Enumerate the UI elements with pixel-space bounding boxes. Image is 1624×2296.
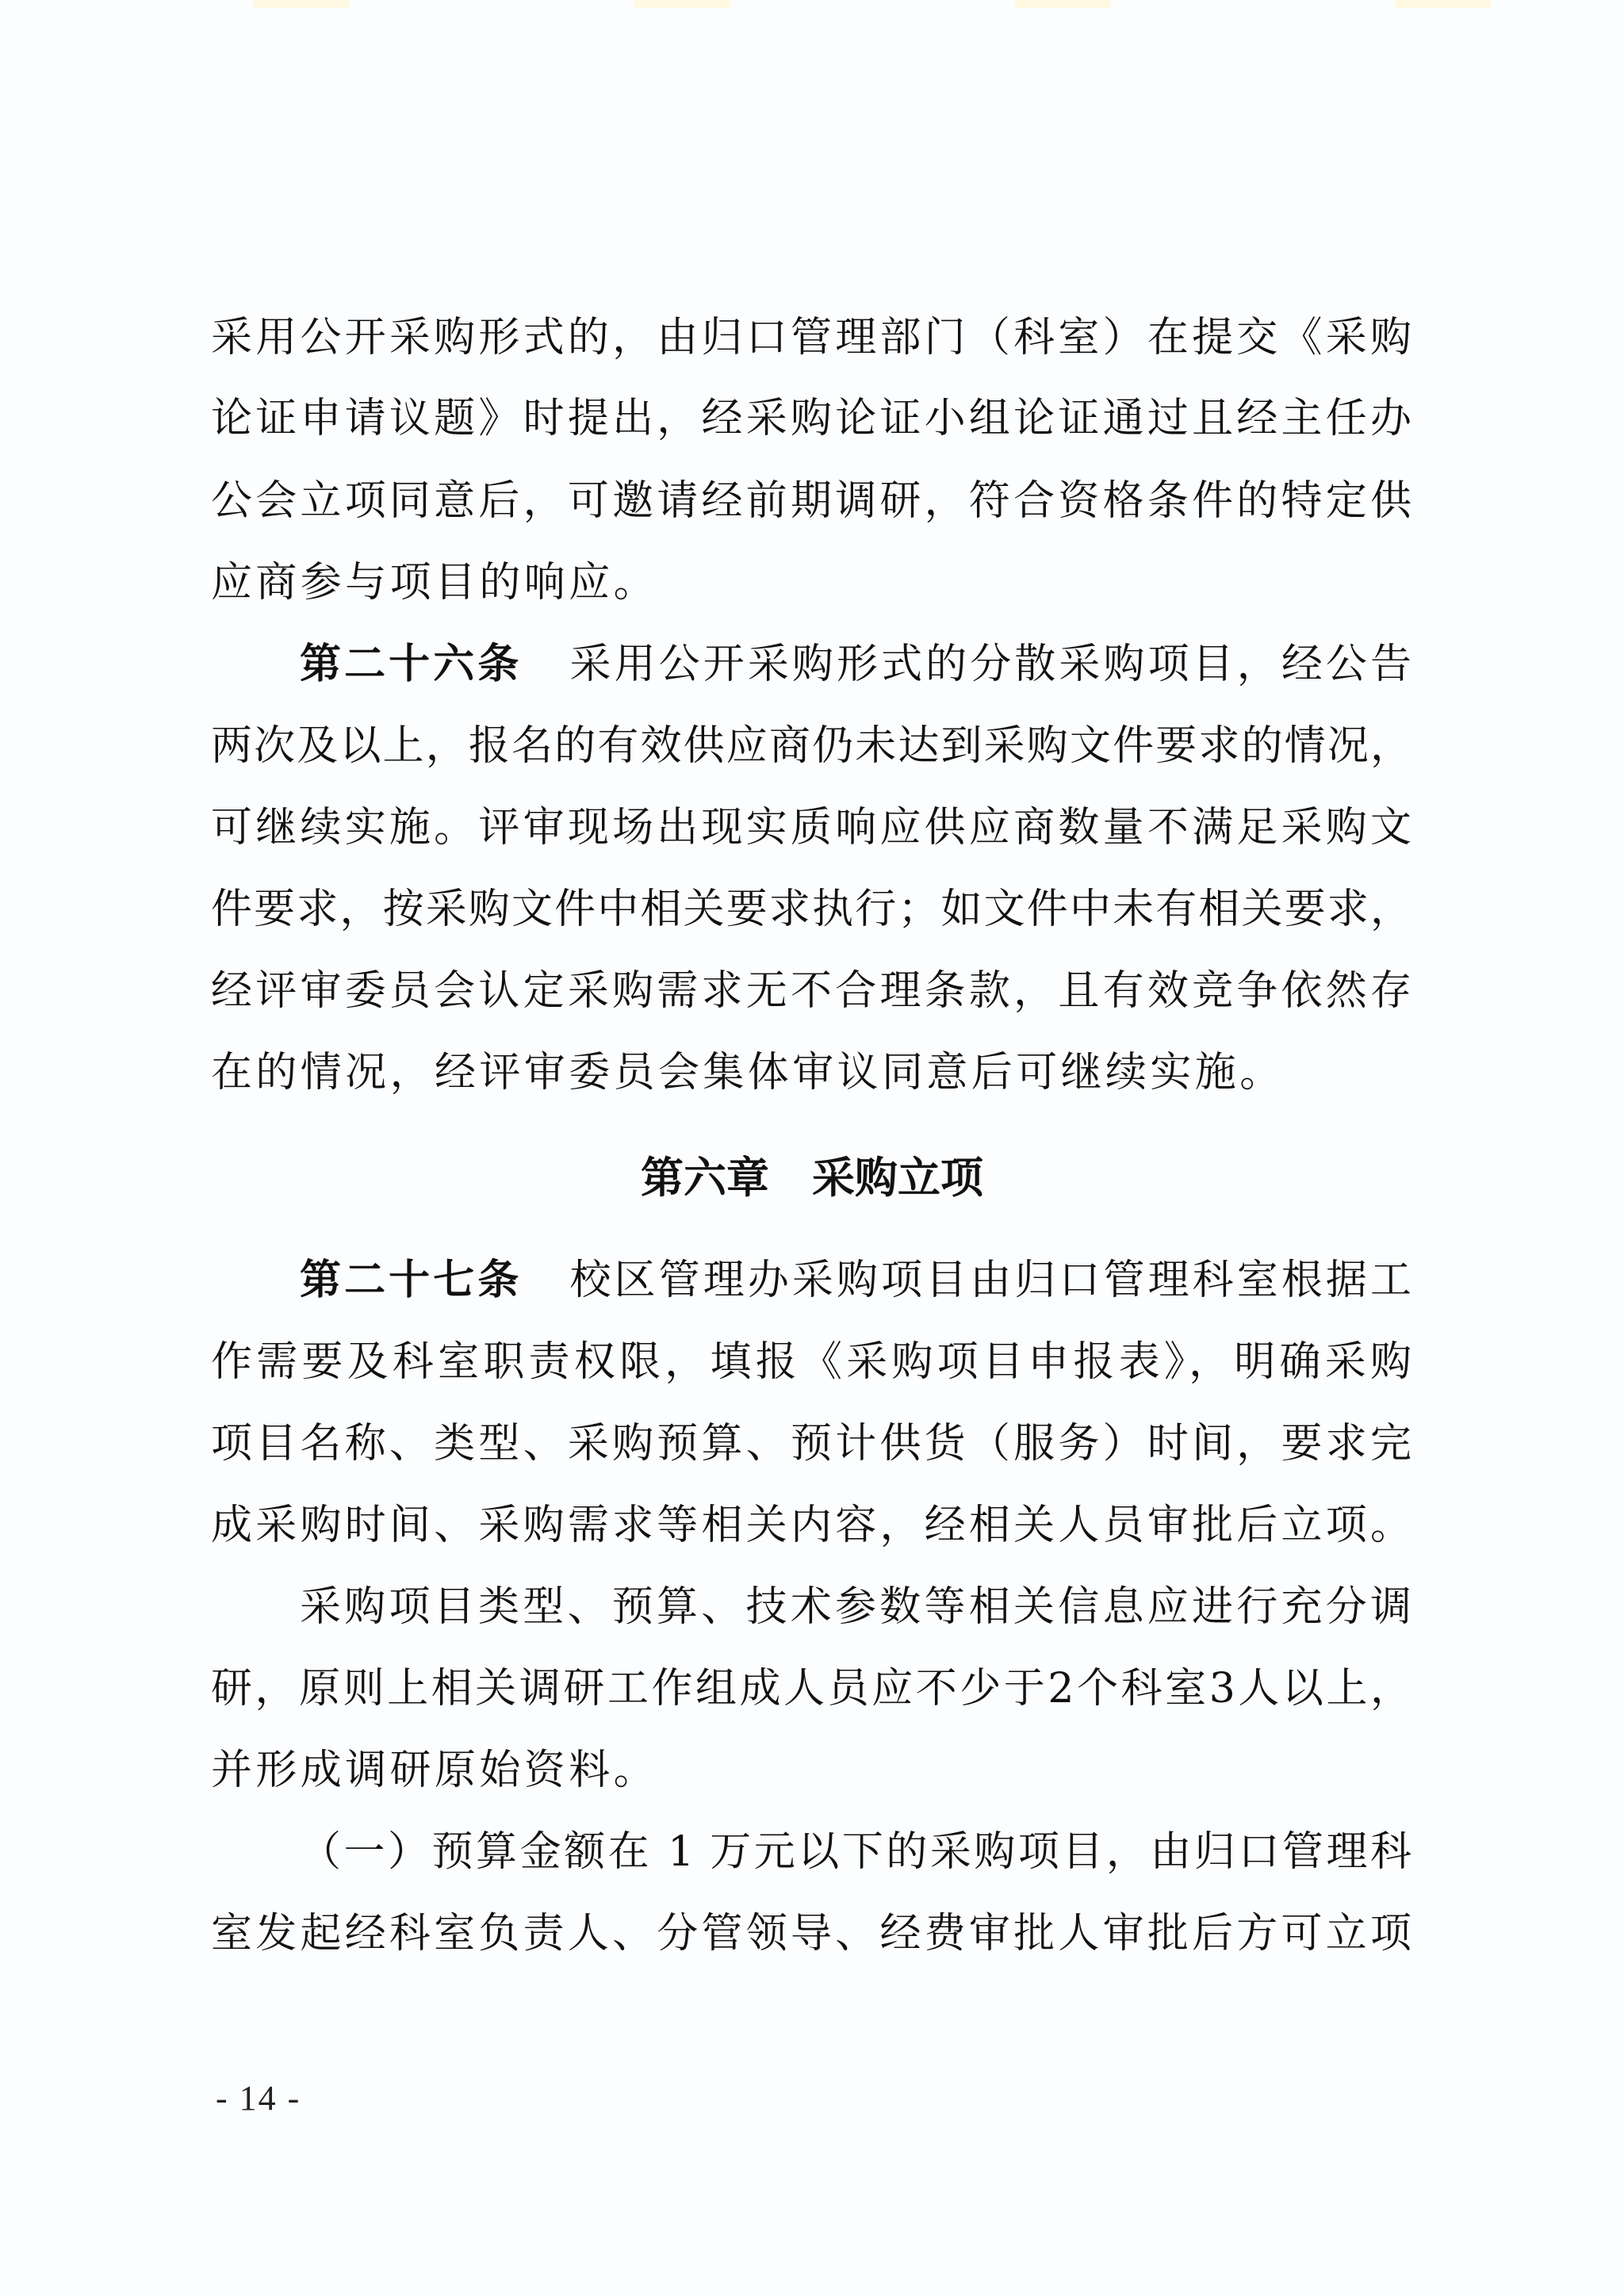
- chapter-title: 第六章采购立项: [0, 1154, 1624, 1202]
- body-line: 可继续实施。评审现场出现实质响应供应商数量不满足采购文: [211, 804, 1411, 851]
- article-26-first-line: 第二十六条采用公开采购形式的分散采购项目，经公告: [300, 641, 1411, 688]
- body-text: 采用公开采购形式的分散采购项目，经公告: [566, 641, 1411, 688]
- body-line: 作需要及科室职责权限，填报《采购项目申报表》，明确采购: [211, 1338, 1411, 1386]
- chapter-number: 第六章: [641, 1153, 769, 1203]
- body-line: 采购项目类型、预算、技术参数等相关信息应进行充分调: [300, 1583, 1411, 1631]
- edge-mark: [634, 0, 730, 8]
- document-page: 采用公开采购形式的，由归口管理部门（科室）在提交《采购 论证申请议题》时提出，经…: [0, 0, 1624, 2296]
- body-line: 两次及以上，报名的有效供应商仍未达到采购文件要求的情况，: [211, 722, 1411, 770]
- scan-edge-marks: [0, 0, 1624, 11]
- body-line: 应商参与项目的响应。: [211, 559, 1411, 607]
- article-27-label: 第二十七条: [300, 1257, 522, 1304]
- body-line: 并形成调研原始资料。: [211, 1747, 1411, 1794]
- list-item-line: （一）预算金额在 1 万元以下的采购项目，由归口管理科: [300, 1828, 1411, 1876]
- body-line: 成采购时间、采购需求等相关内容，经相关人员审批后立项。: [211, 1502, 1411, 1549]
- body-line: 项目名称、类型、采购预算、预计供货（服务）时间，要求完: [211, 1420, 1411, 1468]
- body-line: 件要求，按采购文件中相关要求执行；如文件中未有相关要求，: [211, 886, 1411, 933]
- edge-mark: [1015, 0, 1110, 8]
- body-line: 室发起经科室负责人、分管领导、经费审批人审批后方可立项: [211, 1910, 1411, 1957]
- body-line: 研，原则上相关调研工作组成人员应不少于2个科室3人以上，: [211, 1665, 1411, 1712]
- body-line: 在的情况，经评审委员会集体审议同意后可继续实施。: [211, 1049, 1411, 1096]
- page-number: - 14 -: [216, 2079, 301, 2118]
- edge-mark: [1396, 0, 1491, 8]
- article-27-first-line: 第二十七条校区管理办采购项目由归口管理科室根据工: [300, 1257, 1411, 1304]
- body-line: 公会立项同意后，可邀请经前期调研，符合资格条件的特定供: [211, 477, 1411, 525]
- edge-mark: [254, 0, 349, 8]
- body-line: 经评审委员会认定采购需求无不合理条款，且有效竞争依然存: [211, 967, 1411, 1015]
- body-line: 论证申请议题》时提出，经采购论证小组论证通过且经主任办: [211, 395, 1411, 442]
- chapter-name: 采购立项: [812, 1153, 983, 1203]
- article-26-label: 第二十六条: [300, 641, 522, 688]
- body-line: 采用公开采购形式的，由归口管理部门（科室）在提交《采购: [211, 314, 1411, 362]
- body-text: 校区管理办采购项目由归口管理科室根据工: [566, 1257, 1411, 1304]
